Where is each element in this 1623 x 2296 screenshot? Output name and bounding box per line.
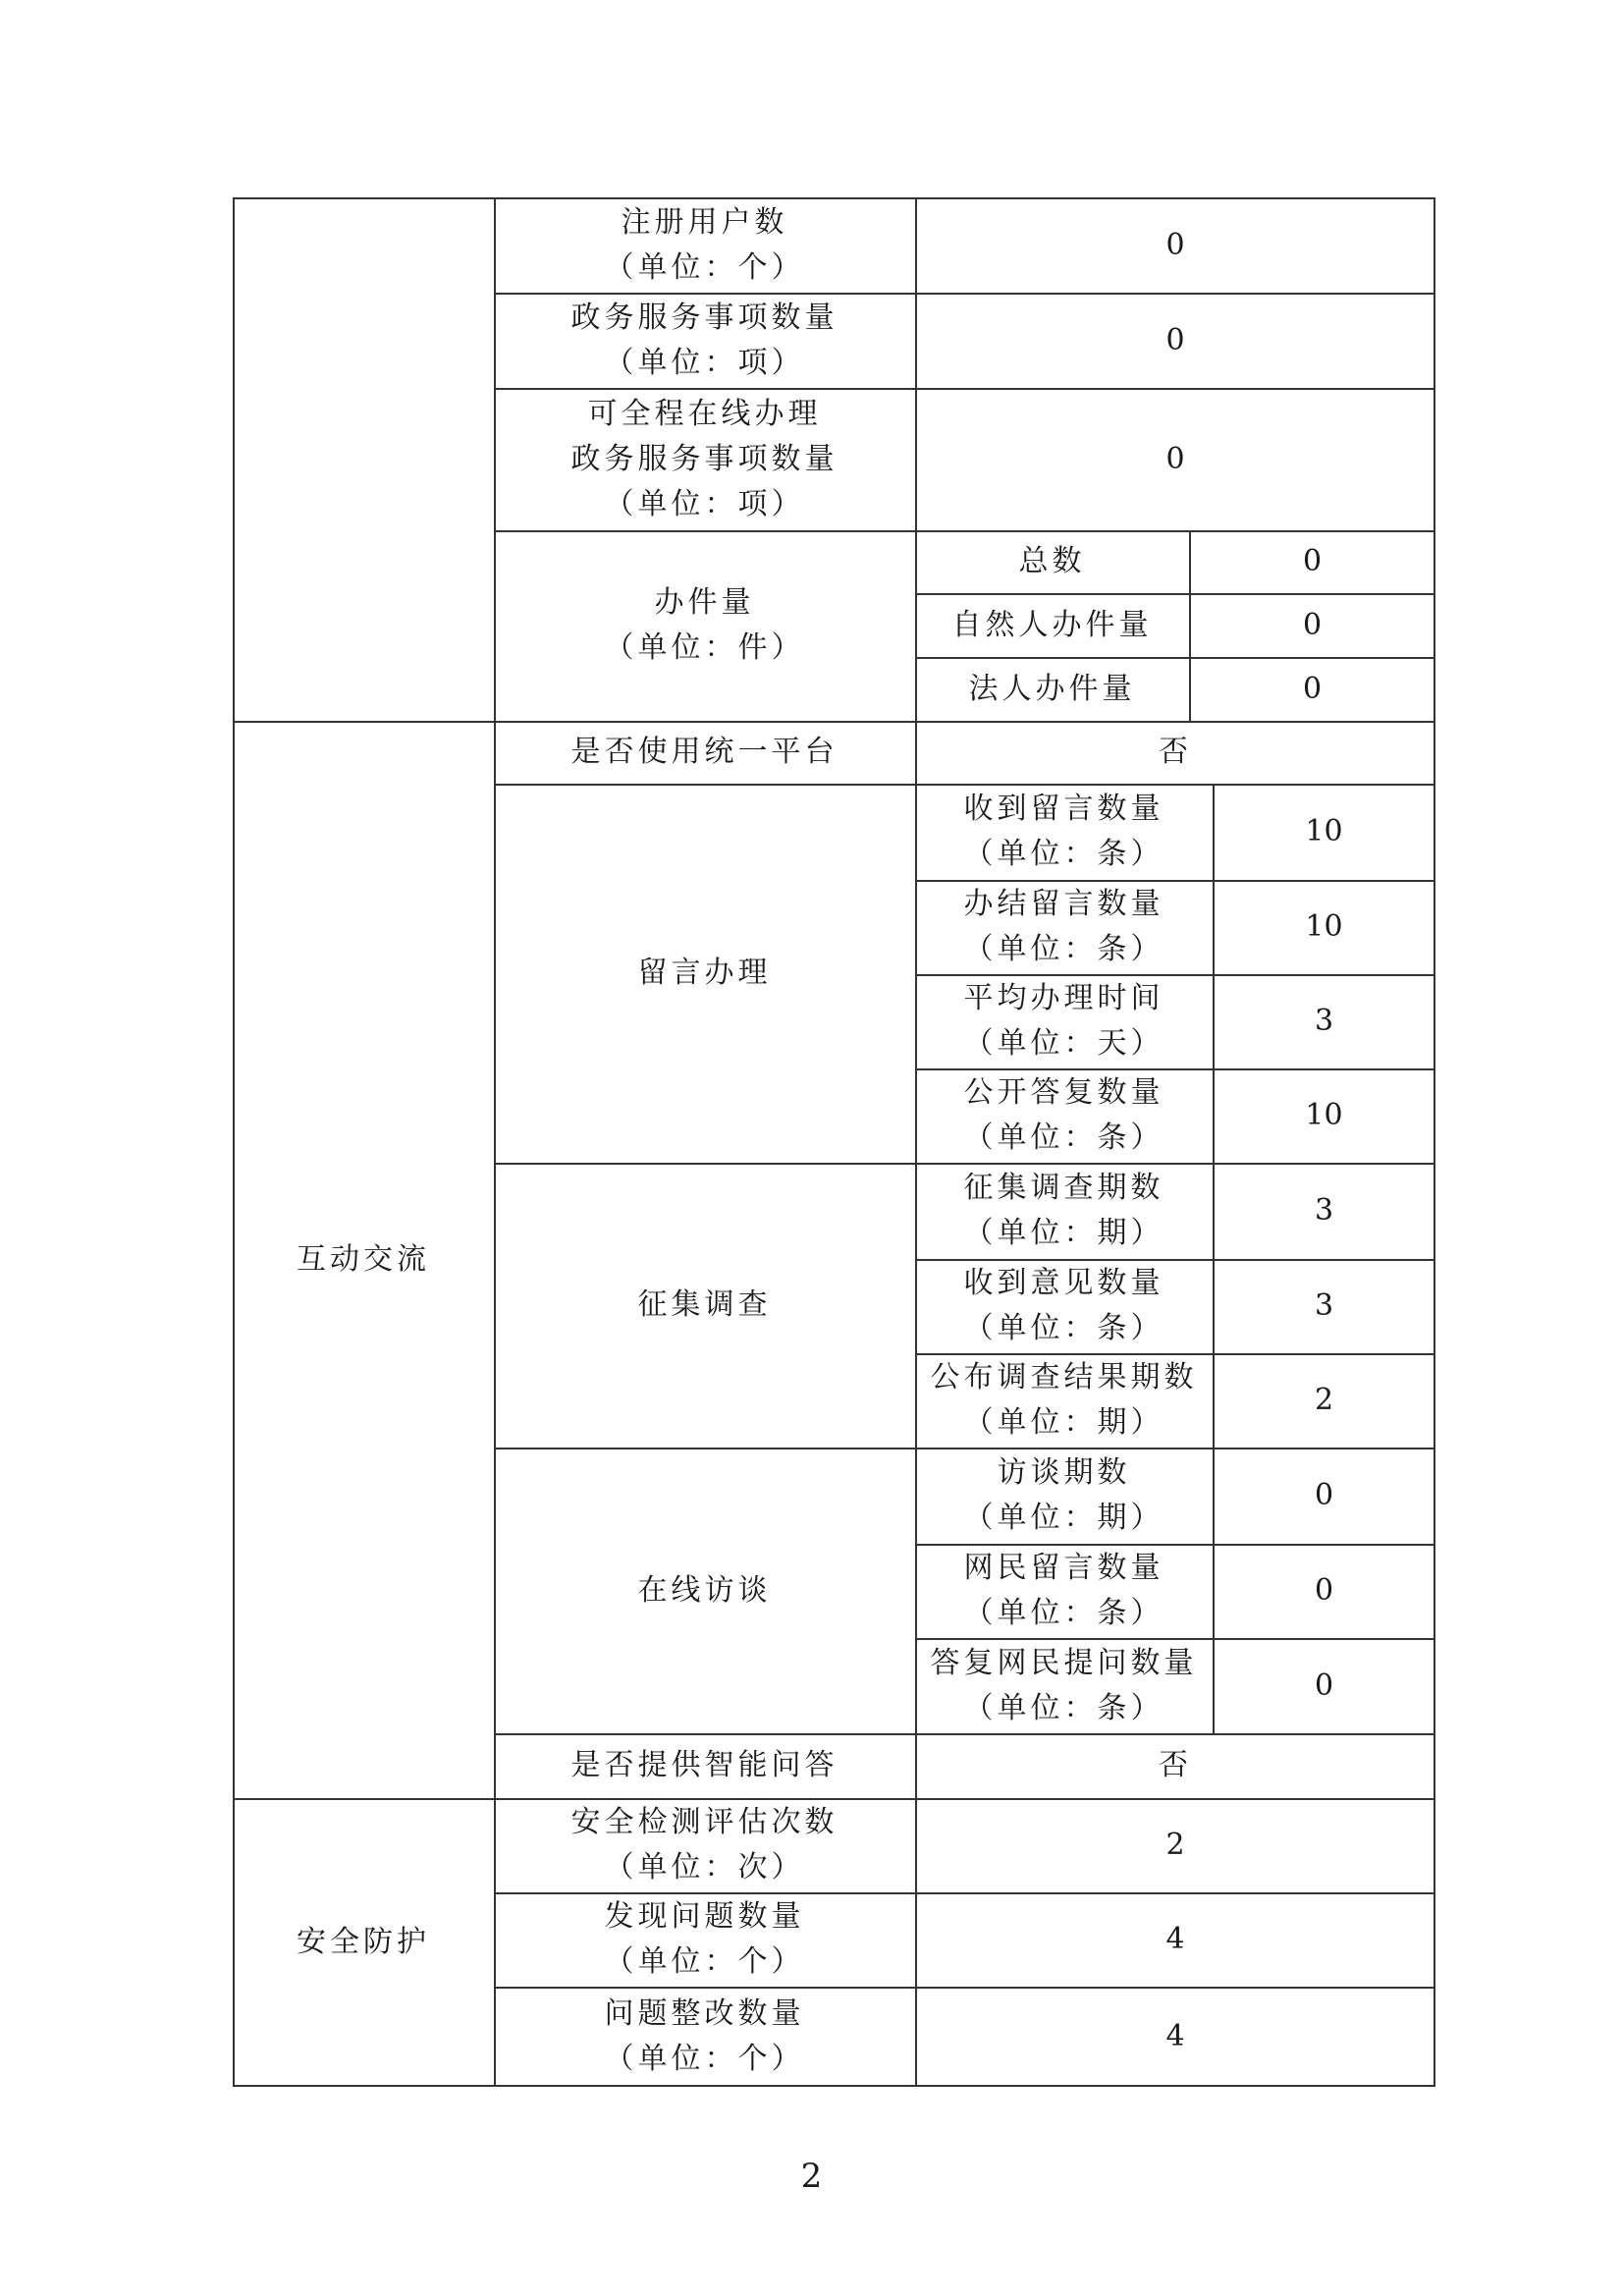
value-netizen-questions-answered: 0 <box>1213 1638 1435 1733</box>
label-smart-qa: 是否提供智能问答 <box>494 1733 915 1798</box>
value-survey-results-published: 2 <box>1213 1353 1435 1448</box>
value-interview-periods: 0 <box>1213 1448 1435 1544</box>
label-messages-received: 收到留言数量 （单位：条） <box>915 784 1213 880</box>
label-avg-handling-time: 平均办理时间 （单位：天） <box>915 974 1213 1068</box>
label-netizen-messages: 网民留言数量 （单位：条） <box>915 1544 1213 1638</box>
page-number: 2 <box>0 2157 1623 2196</box>
value-public-replies: 10 <box>1213 1068 1435 1163</box>
value-smart-qa: 否 <box>915 1733 1435 1798</box>
label-case-legal-person: 法人办件量 <box>915 657 1189 721</box>
label-unified-platform: 是否使用统一平台 <box>494 721 915 784</box>
value-online-service-items: 0 <box>915 388 1435 530</box>
value-survey-periods: 3 <box>1213 1163 1435 1259</box>
label-service-items: 政务服务事项数量 （单位：项） <box>494 293 915 388</box>
value-avg-handling-time: 3 <box>1213 974 1435 1068</box>
section-title-security: 安全防护 <box>233 1798 494 2087</box>
section-title-interaction: 互动交流 <box>233 721 494 1798</box>
label-netizen-questions-answered: 答复网民提问数量 （单位：条） <box>915 1638 1213 1733</box>
label-opinions-received: 收到意见数量 （单位：条） <box>915 1259 1213 1353</box>
label-interview-periods: 访谈期数 （单位：期） <box>915 1448 1213 1544</box>
label-survey-results-published: 公布调查结果期数 （单位：期） <box>915 1353 1213 1448</box>
value-security-assessments: 2 <box>915 1798 1435 1892</box>
value-registered-users: 0 <box>915 197 1435 293</box>
label-online-interview: 在线访谈 <box>494 1448 915 1733</box>
label-case-natural-person: 自然人办件量 <box>915 593 1189 657</box>
value-issues-fixed: 4 <box>915 1987 1435 2087</box>
value-case-natural-person: 0 <box>1189 593 1435 657</box>
label-case-volume: 办件量 （单位：件） <box>494 530 915 721</box>
label-case-total: 总数 <box>915 530 1189 593</box>
label-messages-closed: 办结留言数量 （单位：条） <box>915 880 1213 974</box>
label-survey-periods: 征集调查期数 （单位：期） <box>915 1163 1213 1259</box>
value-issues-found: 4 <box>915 1892 1435 1987</box>
value-messages-closed: 10 <box>1213 880 1435 974</box>
value-service-items: 0 <box>915 293 1435 388</box>
label-security-assessments: 安全检测评估次数 （单位：次） <box>494 1798 915 1892</box>
label-registered-users: 注册用户数 （单位：个） <box>494 197 915 293</box>
label-issues-fixed: 问题整改数量 （单位：个） <box>494 1987 915 2087</box>
value-case-legal-person: 0 <box>1189 657 1435 721</box>
label-survey: 征集调查 <box>494 1163 915 1448</box>
label-public-replies: 公开答复数量 （单位：条） <box>915 1068 1213 1163</box>
value-case-total: 0 <box>1189 530 1435 593</box>
label-online-service-items: 可全程在线办理 政务服务事项数量 （单位：项） <box>494 388 915 530</box>
value-unified-platform: 否 <box>915 721 1435 784</box>
label-message-handling: 留言办理 <box>494 784 915 1163</box>
value-netizen-messages: 0 <box>1213 1544 1435 1638</box>
label-issues-found: 发现问题数量 （单位：个） <box>494 1892 915 1987</box>
statistics-table: 注册用户数 （单位：个） 0 政务服务事项数量 （单位：项） 0 可全程在线办理… <box>233 197 1435 2087</box>
value-opinions-received: 3 <box>1213 1259 1435 1353</box>
value-messages-received: 10 <box>1213 784 1435 880</box>
